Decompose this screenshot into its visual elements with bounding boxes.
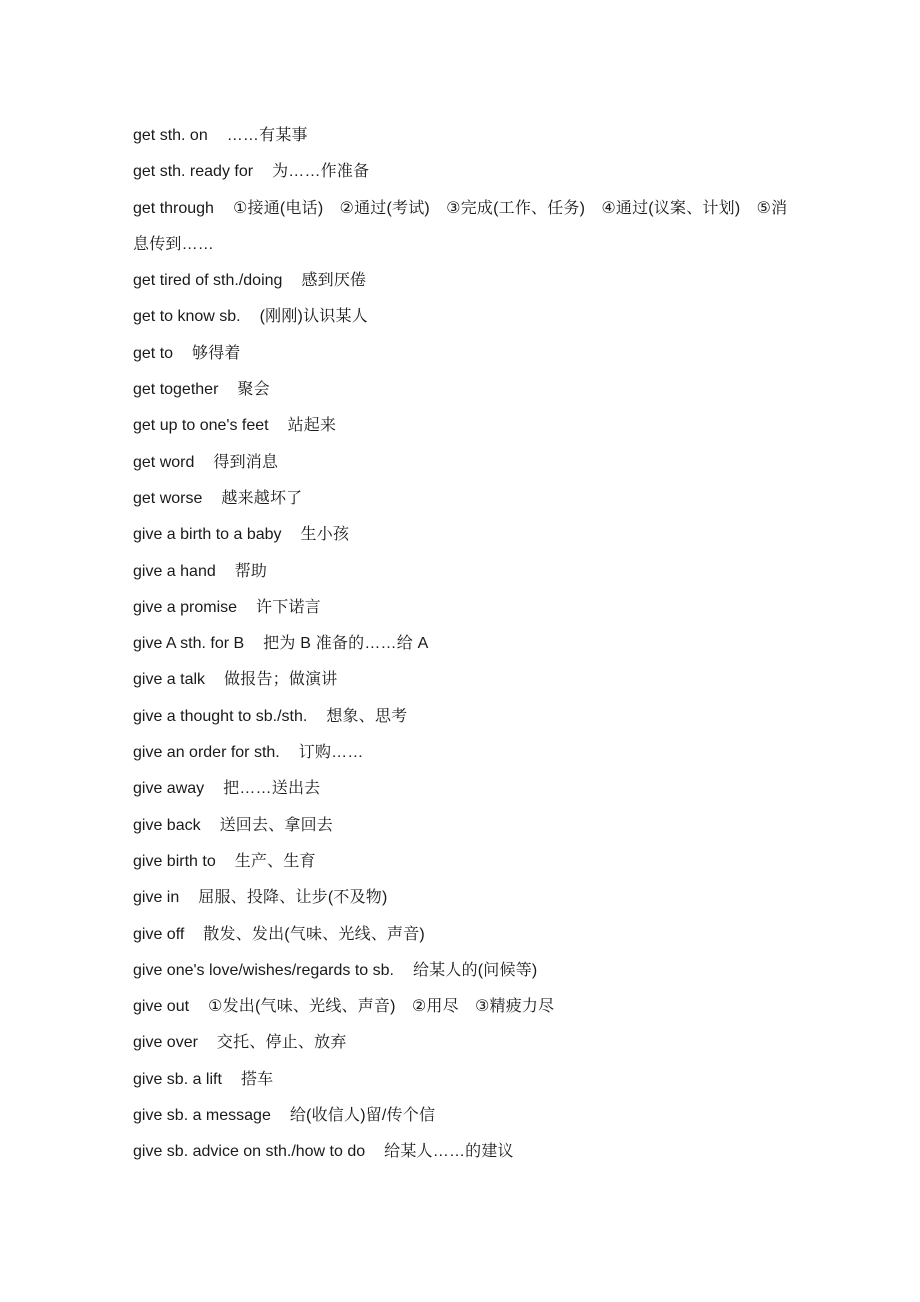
document-page: get sth. on……有某事get sth. ready for为……作准备… <box>0 0 920 1302</box>
phrase-chinese-meaning: 感到厌倦 <box>301 272 366 289</box>
phrase-chinese-meaning: 想象、思考 <box>326 708 407 725</box>
phrase-entry: give sb. advice on sth./how to do给某人……的建… <box>133 1134 793 1170</box>
phrase-english: give away <box>133 780 223 797</box>
phrase-english: give birth to <box>133 853 235 870</box>
phrase-list: get sth. on……有某事get sth. ready for为……作准备… <box>133 118 793 1171</box>
phrase-entry: get worse越来越坏了 <box>133 481 793 517</box>
phrase-chinese-meaning: 为……作准备 <box>272 163 369 180</box>
phrase-entry: give sb. a message给(收信人)留/传个信 <box>133 1098 793 1134</box>
phrase-chinese-meaning: 送回去、拿回去 <box>220 817 333 834</box>
phrase-chinese-meaning: 生小孩 <box>301 526 350 543</box>
phrase-entry: give out①发出(气味、光线、声音) ②用尽 ③精疲力尽 <box>133 989 793 1025</box>
phrase-entry: give back送回去、拿回去 <box>133 808 793 844</box>
phrase-chinese-meaning: 够得着 <box>192 345 241 362</box>
phrase-entry: get up to one's feet站起来 <box>133 408 793 444</box>
phrase-english: give sb. a message <box>133 1107 290 1124</box>
phrase-chinese-meaning: (刚刚)认识某人 <box>260 308 368 325</box>
phrase-english: give a thought to sb./sth. <box>133 708 326 725</box>
phrase-entry: give an order for sth.订购…… <box>133 735 793 771</box>
phrase-chinese-meaning: 得到消息 <box>213 454 278 471</box>
phrase-chinese-meaning: 越来越坏了 <box>221 490 302 507</box>
phrase-entry: get sth. ready for为……作准备 <box>133 154 793 190</box>
phrase-english: give one's love/wishes/regards to sb. <box>133 962 413 979</box>
phrase-english: get worse <box>133 490 221 507</box>
phrase-chinese-meaning: 把为 B 准备的……给 A <box>263 635 428 652</box>
phrase-english: give an order for sth. <box>133 744 299 761</box>
phrase-chinese-meaning: 帮助 <box>235 563 267 580</box>
phrase-english: get word <box>133 454 213 471</box>
phrase-chinese-meaning: 做报告；做演讲 <box>224 671 337 688</box>
phrase-entry: get word得到消息 <box>133 445 793 481</box>
phrase-chinese-meaning: 许下诺言 <box>256 599 321 616</box>
phrase-english: give a promise <box>133 599 256 616</box>
phrase-entry: give away把……送出去 <box>133 771 793 807</box>
phrase-english: give A sth. for B <box>133 635 263 652</box>
phrase-entry: get together聚会 <box>133 372 793 408</box>
phrase-chinese-meaning: 散发、发出(气味、光线、声音) <box>203 926 425 943</box>
phrase-english: get tired of sth./doing <box>133 272 301 289</box>
phrase-english: get to <box>133 345 192 362</box>
phrase-entry: give one's love/wishes/regards to sb.给某人… <box>133 953 793 989</box>
phrase-chinese-meaning: 给某人的(问候等) <box>413 962 537 979</box>
phrase-english: give sb. advice on sth./how to do <box>133 1143 384 1160</box>
phrase-english: give in <box>133 889 198 906</box>
phrase-english: get to know sb. <box>133 308 260 325</box>
phrase-english: get through <box>133 200 233 217</box>
phrase-chinese-meaning: ①发出(气味、光线、声音) ②用尽 ③精疲力尽 <box>208 998 554 1015</box>
phrase-entry: give a talk做报告；做演讲 <box>133 662 793 698</box>
phrase-chinese-meaning: 屈服、投降、让步(不及物) <box>198 889 387 906</box>
phrase-english: give out <box>133 998 208 1015</box>
phrase-english: give sb. a lift <box>133 1071 241 1088</box>
phrase-chinese-meaning: 搭车 <box>241 1071 273 1088</box>
phrase-english: give a birth to a baby <box>133 526 301 543</box>
phrase-chinese-meaning: 订购…… <box>299 744 364 761</box>
phrase-entry: get to够得着 <box>133 336 793 372</box>
phrase-chinese-meaning: 交托、停止、放弃 <box>217 1034 347 1051</box>
phrase-chinese-meaning: 生产、生育 <box>235 853 316 870</box>
phrase-entry: get tired of sth./doing感到厌倦 <box>133 263 793 299</box>
phrase-english: give off <box>133 926 203 943</box>
phrase-english: get sth. on <box>133 127 227 144</box>
phrase-entry: give a hand帮助 <box>133 554 793 590</box>
phrase-entry: give A sth. for B把为 B 准备的……给 A <box>133 626 793 662</box>
phrase-entry: give a promise许下诺言 <box>133 590 793 626</box>
phrase-chinese-meaning: 把……送出去 <box>223 780 320 797</box>
phrase-entry: give off散发、发出(气味、光线、声音) <box>133 917 793 953</box>
phrase-chinese-meaning: ……有某事 <box>227 127 308 144</box>
phrase-entry: get to know sb.(刚刚)认识某人 <box>133 299 793 335</box>
phrase-entry: give a birth to a baby生小孩 <box>133 517 793 553</box>
phrase-english: give a talk <box>133 671 224 688</box>
phrase-entry: get through①接通(电话) ②通过(考试) ③完成(工作、任务) ④通… <box>133 191 793 264</box>
phrase-entry: give in屈服、投降、让步(不及物) <box>133 880 793 916</box>
phrase-chinese-meaning: 站起来 <box>288 417 337 434</box>
phrase-english: get sth. ready for <box>133 163 272 180</box>
phrase-english: give back <box>133 817 220 834</box>
phrase-english: give over <box>133 1034 217 1051</box>
phrase-entry: give over交托、停止、放弃 <box>133 1025 793 1061</box>
phrase-english: get up to one's feet <box>133 417 288 434</box>
phrase-chinese-meaning: 给(收信人)留/传个信 <box>290 1107 435 1124</box>
phrase-entry: give a thought to sb./sth.想象、思考 <box>133 699 793 735</box>
phrase-entry: get sth. on……有某事 <box>133 118 793 154</box>
phrase-entry: give birth to生产、生育 <box>133 844 793 880</box>
phrase-english: get together <box>133 381 237 398</box>
phrase-entry: give sb. a lift搭车 <box>133 1062 793 1098</box>
phrase-chinese-meaning: 聚会 <box>237 381 269 398</box>
phrase-chinese-meaning: 给某人……的建议 <box>384 1143 514 1160</box>
phrase-english: give a hand <box>133 563 235 580</box>
